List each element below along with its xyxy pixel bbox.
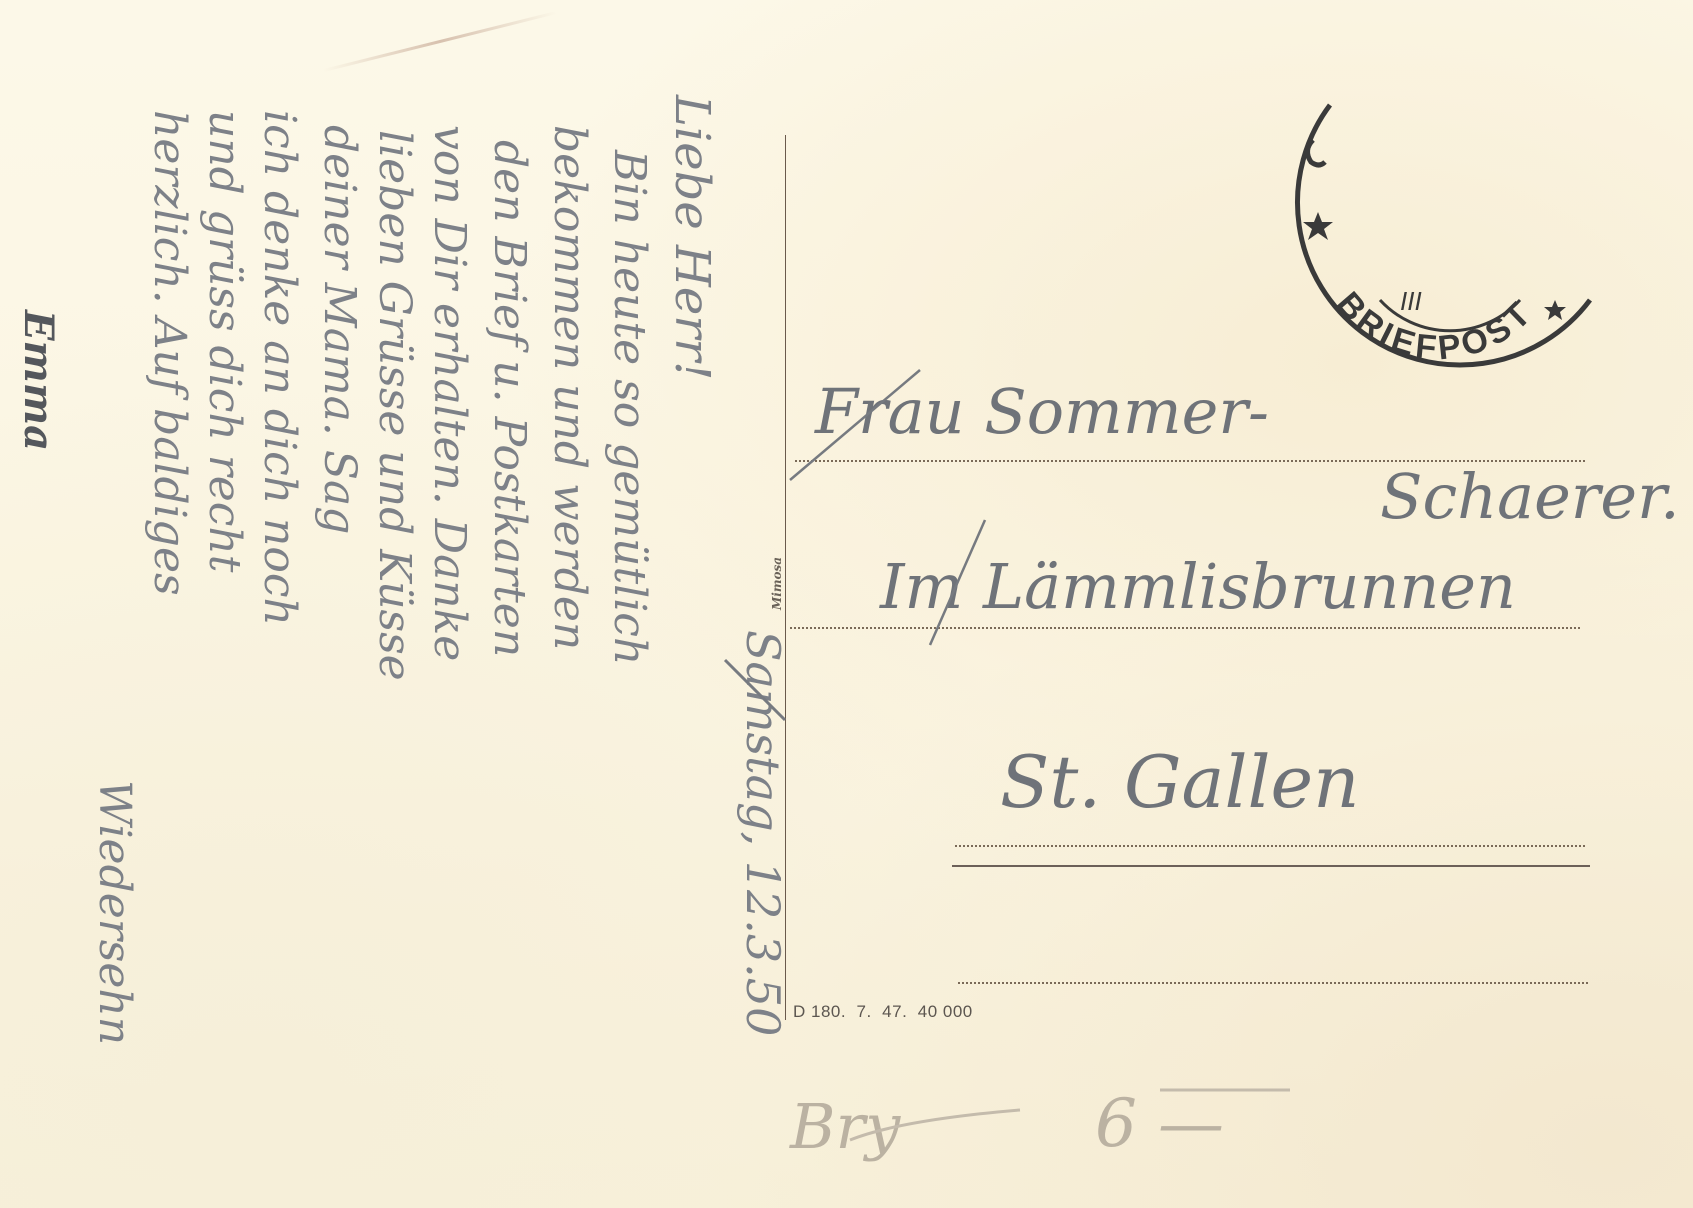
postcard-back: Liebe Herr! Bin heute so gemütlich bekom… xyxy=(0,0,1693,1208)
pen-strokes xyxy=(0,0,1693,1208)
